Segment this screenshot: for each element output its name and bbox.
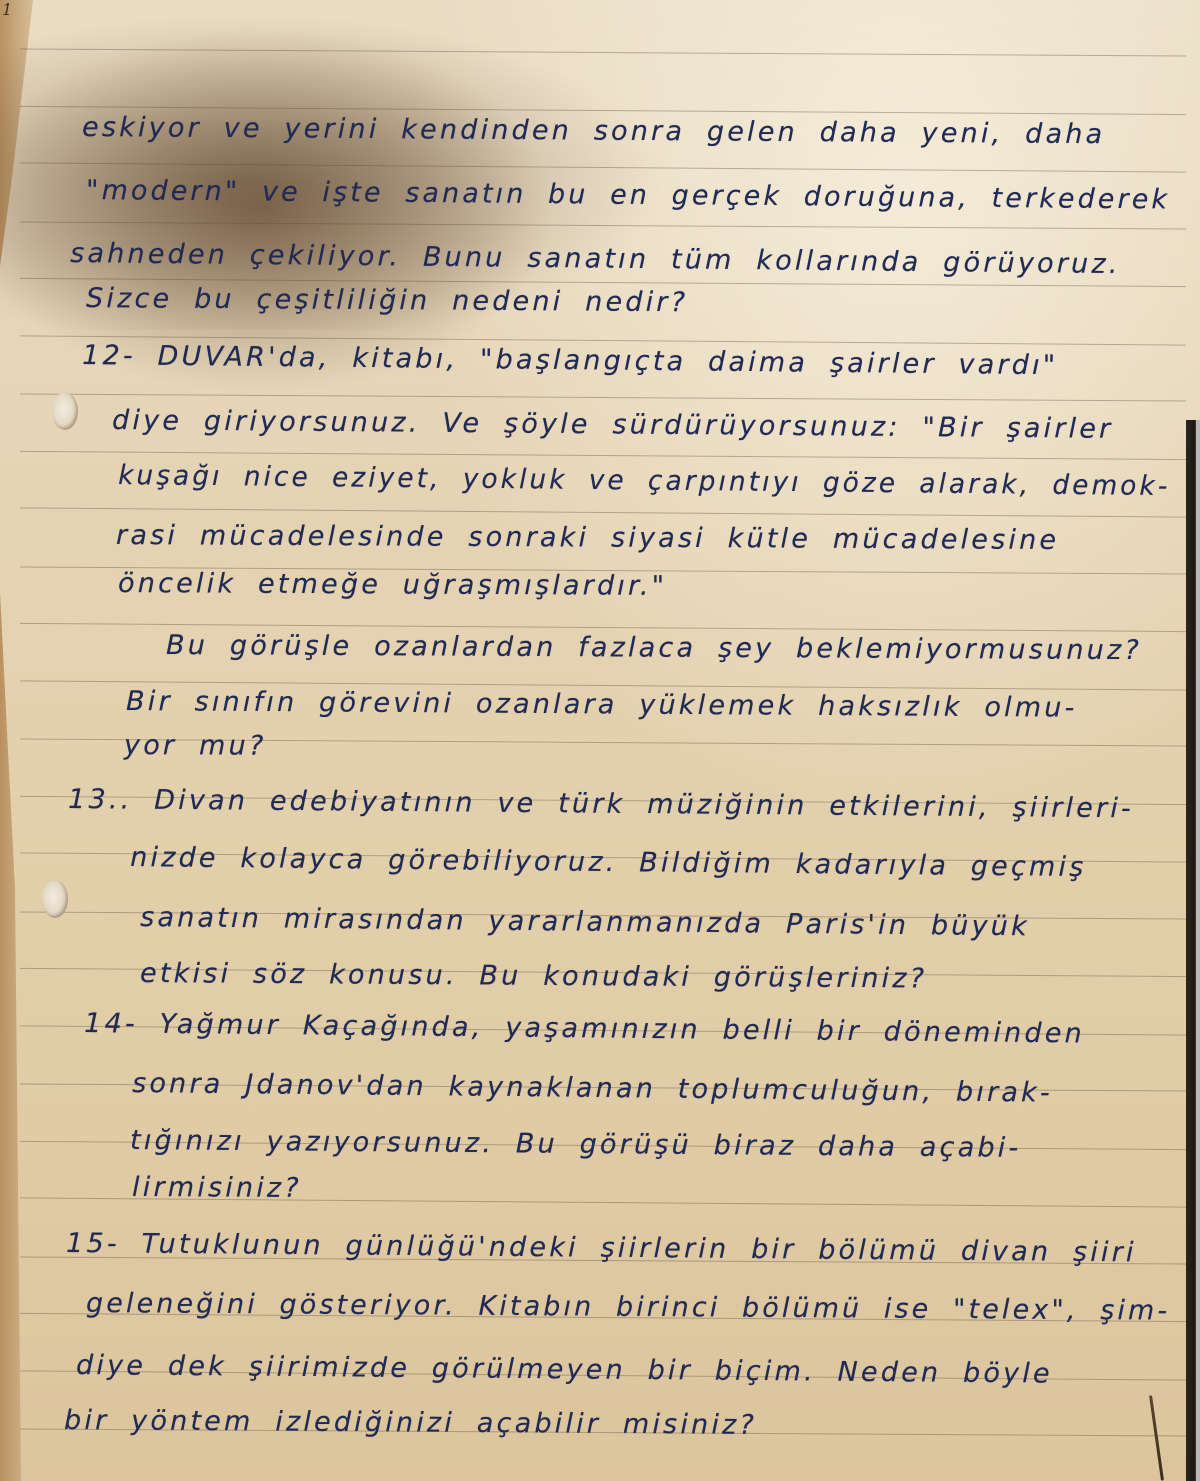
question-12-line: Bu görüşle ozanlardan fazlaca şey beklem… bbox=[166, 630, 1142, 666]
question-14-line: lirmisiniz? bbox=[132, 1172, 302, 1204]
question-14-line: tığınızı yazıyorsunuz. Bu görüşü biraz d… bbox=[130, 1125, 1022, 1164]
text-line: Sizce bu çeşitliliğin nedeni nedir? bbox=[86, 283, 688, 318]
question-12-line: rasi mücadelesinde sonraki siyasi kütle … bbox=[116, 520, 1059, 556]
question-13-line: 13.. Divan edebiyatının ve türk müziğini… bbox=[68, 784, 1134, 824]
question-12-line: kuşağı nice eziyet, yokluk ve çarpıntıyı… bbox=[118, 460, 1171, 502]
question-13-line: nizde kolayca görebiliyoruz. Bildiğim ka… bbox=[130, 842, 1087, 883]
question-12-line: 12- DUVAR'da, kitabı, "başlangıçta daima… bbox=[82, 340, 1059, 381]
question-12-line: yor mu? bbox=[124, 730, 266, 762]
question-15-line: bir yöntem izlediğinizi açabilir misiniz… bbox=[64, 1405, 757, 1441]
question-12-line: diye giriyorsunuz. Ve şöyle sürdürüyorsu… bbox=[112, 405, 1114, 445]
question-15-line: 15- Tutuklunun günlüğü'ndeki şiirlerin b… bbox=[66, 1228, 1137, 1268]
question-15-line: diye dek şiirimizde görülmeyen bir biçim… bbox=[76, 1350, 1053, 1390]
question-12-line: öncelik etmeğe uğraşmışlardır." bbox=[118, 568, 667, 602]
text-line: sahneden çekiliyor. Bunu sanatın tüm kol… bbox=[70, 238, 1121, 280]
question-14-line: 14- Yağmur Kaçağında, yaşamınızın belli … bbox=[84, 1008, 1085, 1049]
question-13-line: sanatın mirasından yararlanmanızda Paris… bbox=[140, 902, 1030, 942]
question-13-line: etkisi söz konusu. Bu konudaki görüşleri… bbox=[140, 958, 927, 994]
text-line: eskiyor ve yerini kendinden sonra gelen … bbox=[82, 112, 1105, 150]
handwritten-text: eskiyor ve yerini kendinden sonra gelen … bbox=[0, 0, 1200, 1481]
question-12-line: Bir sınıfın görevini ozanlara yüklemek h… bbox=[126, 686, 1078, 724]
text-line: "modern" ve işte sanatın bu en gerçek do… bbox=[86, 175, 1170, 215]
letter-page: 1 eskiyor ve yerini kendinden sonra gele… bbox=[0, 0, 1200, 1481]
question-14-line: sonra Jdanov'dan kaynaklanan toplumculuğ… bbox=[132, 1068, 1053, 1109]
question-15-line: geleneğini gösteriyor. Kitabın birinci b… bbox=[86, 1288, 1170, 1327]
